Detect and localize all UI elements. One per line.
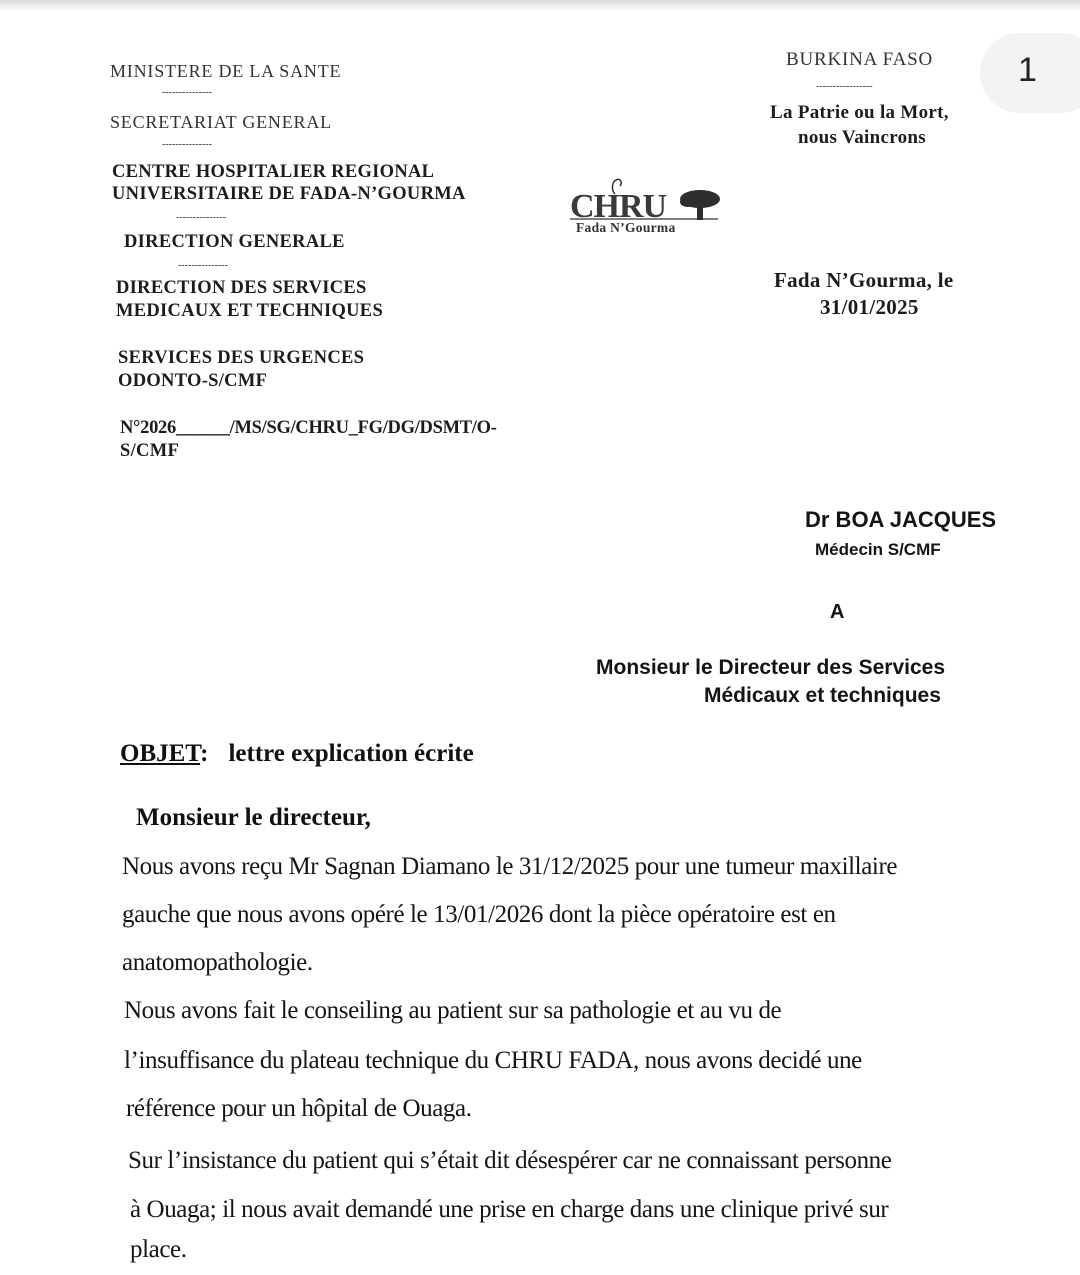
subject-colon: : xyxy=(200,740,208,767)
viewer-top-edge xyxy=(0,0,1080,12)
reference-number-line1: N°2026______/MS/SG/CHRU_FG/DG/DSMT/O- xyxy=(120,417,497,440)
separator: --------------- xyxy=(178,261,228,271)
body-line: place. xyxy=(130,1236,187,1264)
recipient-line1: Monsieur le Directeur des Services xyxy=(596,656,945,680)
to-marker: A xyxy=(830,601,844,624)
ministry-label: MINISTERE DE LA SANTE xyxy=(110,60,341,83)
separator: --------------- xyxy=(176,213,226,223)
service-line1: SERVICES DES URGENCES xyxy=(118,347,364,370)
body-line: Nous avons fait le conseiling au patient… xyxy=(124,997,781,1025)
motto-line1: La Patrie ou la Mort, xyxy=(770,101,949,124)
body-line: référence pour un hôpital de Ouaga. xyxy=(126,1095,472,1123)
sender-name: Dr BOA JACQUES xyxy=(805,507,996,533)
chru-logo: CHRU Fada N’Gourma xyxy=(568,172,723,238)
dsmt-line2: MEDICAUX ET TECHNIQUES xyxy=(116,300,383,323)
service-line2: ODONTO-S/CMF xyxy=(118,370,267,393)
body-line: Nous avons reçu Mr Sagnan Diamano le 31/… xyxy=(122,853,897,881)
direction-generale-label: DIRECTION GENERALE xyxy=(124,231,345,254)
salutation: Monsieur le directeur, xyxy=(136,804,371,832)
subject-label: OBJET xyxy=(120,740,200,767)
sender-title: Médecin S/CMF xyxy=(815,540,941,560)
body-line: l’insuffisance du plateau technique du C… xyxy=(124,1047,862,1075)
secretariat-label: SECRETARIAT GENERAL xyxy=(110,111,332,134)
separator: ----------------- xyxy=(816,82,873,92)
recipient-line2: Médicaux et techniques xyxy=(704,684,941,708)
body-line: gauche que nous avons opéré le 13/01/202… xyxy=(122,901,836,929)
dsmt-line1: DIRECTION DES SERVICES xyxy=(116,277,367,300)
place-date-line1: Fada N’Gourma, le xyxy=(774,269,954,292)
body-line: à Ouaga; il nous avait demandé une prise… xyxy=(130,1196,888,1224)
hospital-name-line2: UNIVERSITAIRE DE FADA-N’GOURMA xyxy=(112,183,466,206)
logo-subtitle: Fada N’Gourma xyxy=(576,220,676,236)
motto-line2: nous Vaincrons xyxy=(798,126,926,149)
separator: --------------- xyxy=(162,88,212,98)
body-line: Sur l’insistance du patient qui s’était … xyxy=(128,1147,891,1175)
page-number-badge: 1 xyxy=(980,33,1080,113)
hospital-name-line1: CENTRE HOSPITALIER REGIONAL xyxy=(112,161,434,184)
separator: --------------- xyxy=(162,140,212,150)
country-label: BURKINA FASO xyxy=(786,48,933,71)
body-line: anatomopathologie. xyxy=(122,949,313,977)
subject-line: OBJET:lettre explication écrite xyxy=(120,740,474,768)
subject-text: lettre explication écrite xyxy=(228,740,473,767)
page-number: 1 xyxy=(1018,51,1037,90)
reference-number-line2: S/CMF xyxy=(120,440,179,463)
letter-date: 31/01/2025 xyxy=(820,296,919,319)
